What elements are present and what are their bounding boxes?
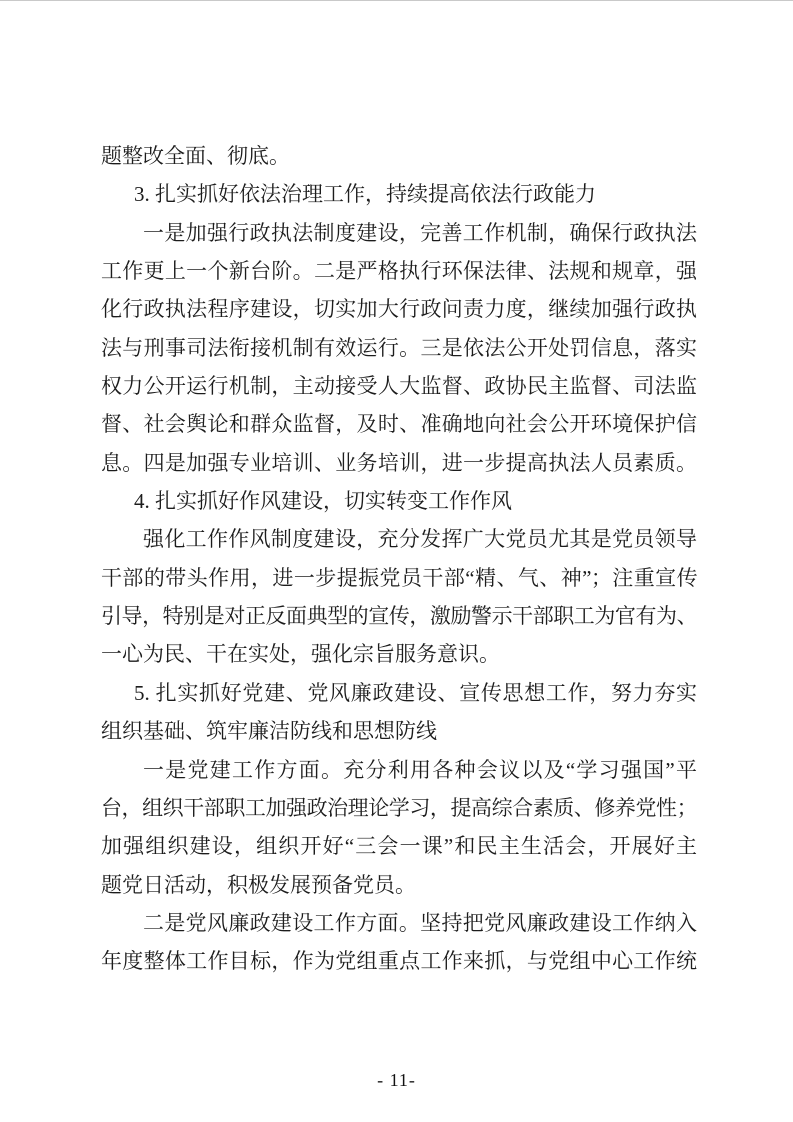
paragraph-line: 题党日活动，积极发展预备党员。 (101, 866, 697, 904)
section-heading: 4. 扎实抓好作风建设，切实转变工作作风 (101, 482, 697, 520)
paragraph-line: 题整改全面、彻底。 (101, 137, 697, 175)
paragraph-line: 督、社会舆论和群众监督，及时、准确地向社会公开环境保护信 (101, 405, 697, 443)
paragraph-line: 引导，特别是对正反面典型的宣传，激励警示干部职工为官有为、 (101, 597, 697, 635)
document-body: 题整改全面、彻底。 3. 扎实抓好依法治理工作，持续提高依法行政能力 一是加强行… (101, 137, 697, 981)
paragraph-line: 一是加强行政执法制度建设，完善工作机制，确保行政执法 (101, 214, 697, 252)
section-heading: 3. 扎实抓好依法治理工作，持续提高依法行政能力 (101, 175, 697, 213)
paragraph-line: 二是党风廉政建设工作方面。坚持把党风廉政建设工作纳入 (101, 904, 697, 942)
paragraph-line: 权力公开运行机制，主动接受人大监督、政协民主监督、司法监 (101, 367, 697, 405)
section-heading: 组织基础、筑牢廉洁防线和思想防线 (101, 712, 697, 750)
paragraph-line: 一心为民、干在实处，强化宗旨服务意识。 (101, 635, 697, 673)
paragraph-line: 干部的带头作用，进一步提振党员干部“精、气、神”；注重宣传 (101, 559, 697, 597)
page-edge-line (0, 0, 793, 1)
paragraph-line: 台，组织干部职工加强政治理论学习，提高综合素质、修养党性； (101, 789, 697, 827)
paragraph-line: 一是党建工作方面。充分利用各种会议以及“学习强国”平 (101, 751, 697, 789)
paragraph-line: 年度整体工作目标，作为党组重点工作来抓，与党组中心工作统 (101, 942, 697, 980)
paragraph-line: 法与刑事司法衔接机制有效运行。三是依法公开处罚信息，落实 (101, 329, 697, 367)
paragraph-line: 工作更上一个新台阶。二是严格执行环保法律、法规和规章，强 (101, 252, 697, 290)
paragraph-line: 强化工作作风制度建设，充分发挥广大党员尤其是党员领导 (101, 520, 697, 558)
paragraph-line: 化行政执法程序建设，切实加大行政问责力度，继续加强行政执 (101, 290, 697, 328)
page-number: - 11- (0, 1070, 793, 1091)
paragraph-line: 加强组织建设，组织开好“三会一课”和民主生活会，开展好主 (101, 827, 697, 865)
section-heading: 5. 扎实抓好党建、党风廉政建设、宣传思想工作，努力夯实 (101, 674, 697, 712)
paragraph-line: 息。四是加强专业培训、业务培训，进一步提高执法人员素质。 (101, 444, 697, 482)
document-page: 题整改全面、彻底。 3. 扎实抓好依法治理工作，持续提高依法行政能力 一是加强行… (0, 0, 793, 1122)
